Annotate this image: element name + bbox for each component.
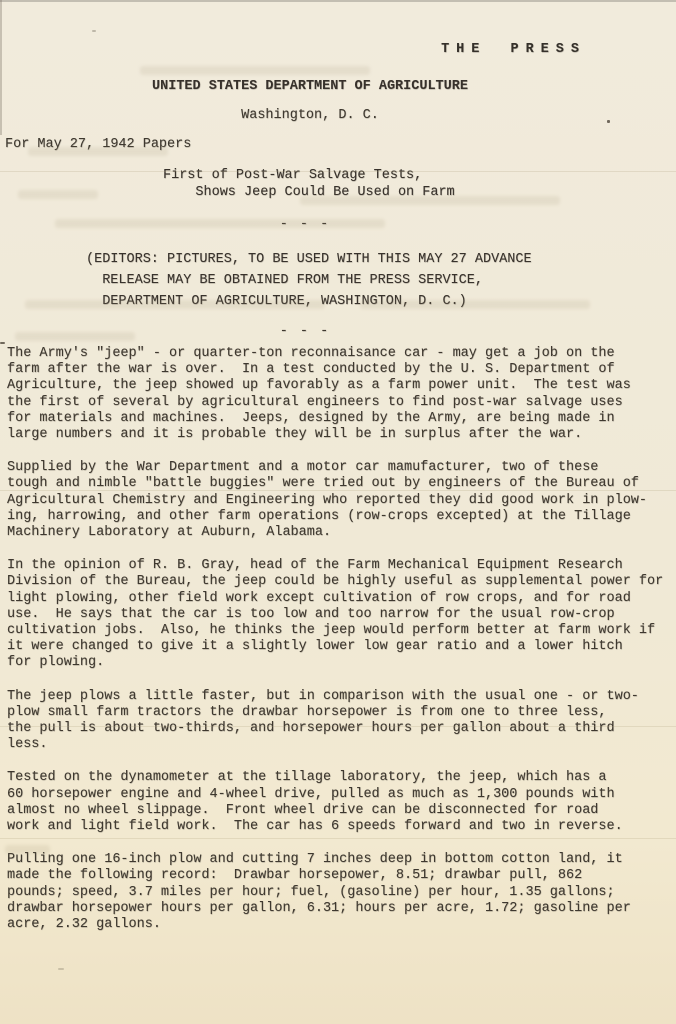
body-paragraph: Tested on the dynamometer at the tillage…: [7, 770, 673, 835]
body-paragraph: The Army's "jeep" - or quarter-ton recon…: [7, 346, 673, 443]
bleed-through-mark: [140, 66, 370, 75]
body-text: The Army's "jeep" - or quarter-ton recon…: [7, 346, 673, 933]
body-paragraph: Supplied by the War Department and a mot…: [7, 460, 673, 541]
headline: First of Post-War Salvage Tests, Shows J…: [163, 168, 676, 201]
separator-dashes: - - -: [0, 324, 610, 340]
paper-speck: [0, 342, 5, 344]
bleed-through-mark: [18, 190, 98, 199]
body-paragraph: In the opinion of R. B. Gray, head of th…: [7, 558, 673, 671]
masthead: THE PRESS: [0, 42, 676, 58]
organization-line: UNITED STATES DEPARTMENT OF AGRICULTURE: [0, 79, 620, 95]
separator-dashes: - - -: [0, 217, 610, 233]
body-paragraph: Pulling one 16-inch plow and cutting 7 i…: [7, 852, 673, 933]
dateline: For May 27, 1942 Papers: [5, 137, 676, 153]
location-line: Washington, D. C.: [0, 108, 620, 124]
paper-speck: [92, 30, 96, 32]
press-release-page: THE PRESS UNITED STATES DEPARTMENT OF AG…: [0, 0, 676, 1024]
editors-note: (EDITORS: PICTURES, TO BE USED WITH THIS…: [86, 249, 676, 312]
body-paragraph: The jeep plows a little faster, but in c…: [7, 689, 673, 754]
paper-speck: [58, 968, 64, 970]
